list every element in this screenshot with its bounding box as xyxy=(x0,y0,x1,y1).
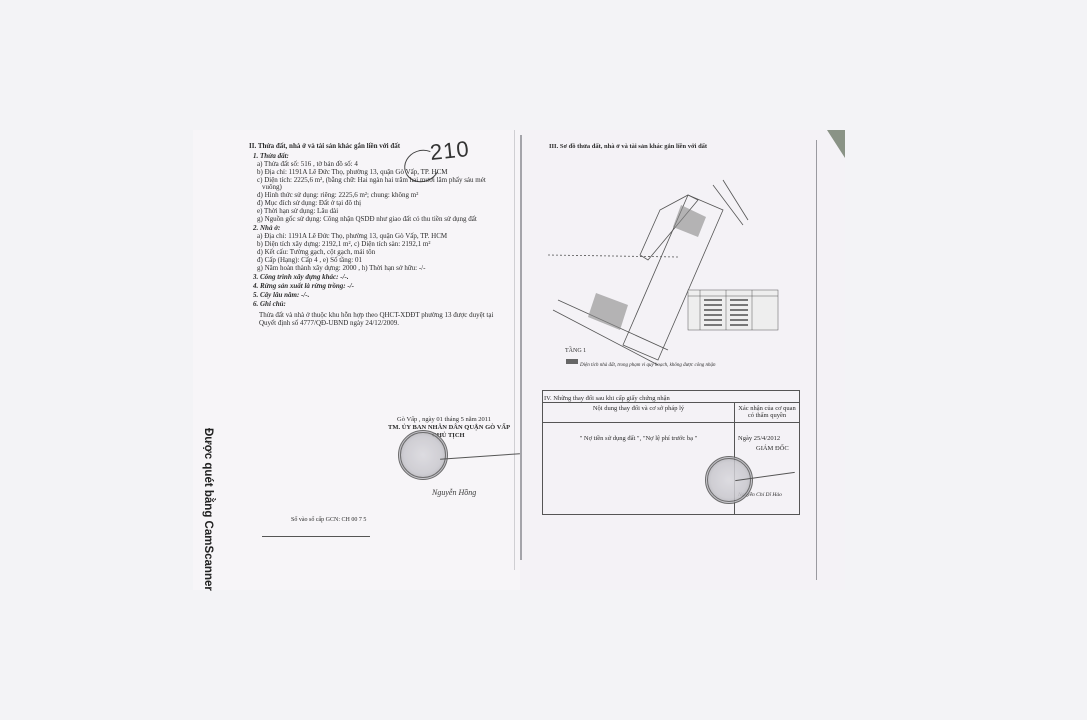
notes-line-2: Quyết định số 4777/QĐ-UBND ngày 24/12/20… xyxy=(259,319,399,328)
page-fold xyxy=(520,135,522,560)
house-year: g) Năm hoàn thành xây dựng: 2000 , h) Th… xyxy=(257,264,425,273)
diagram-legend: Diện tích nhà đất, trong phạm vi quy hoạ… xyxy=(580,361,715,370)
changes-table: Nội dung thay đổi và cơ sở pháp lý Xác n… xyxy=(542,390,800,515)
page-edge xyxy=(816,140,817,580)
change-title: GIÁM ĐỐC xyxy=(738,445,796,452)
section-ii-title: II. Thửa đất, nhà ở và tài sản khác gắn … xyxy=(249,142,400,151)
change-date: Ngày 25/4/2012 xyxy=(738,435,796,442)
page-fold-shadow xyxy=(514,130,515,570)
parcel-diagram xyxy=(548,165,798,375)
change-content: " Nợ tiền sử dụng đất ", "Nợ lệ phí trướ… xyxy=(543,423,735,515)
floor-label: TẦNG 1 xyxy=(565,347,586,356)
official-seal xyxy=(398,430,448,480)
handwritten-note: 210 xyxy=(429,136,471,166)
col-confirm-header: Xác nhận của cơ quan có thẩm quyền xyxy=(735,403,800,423)
col-content-header: Nội dung thay đổi và cơ sở pháp lý xyxy=(543,403,735,423)
land-area: c) Diện tích: 2225,6 m², (bằng chữ: Hai … xyxy=(257,176,486,185)
other-works: 3. Công trình xây dựng khác: -/-. xyxy=(253,273,349,282)
notes-heading: 6. Ghi chú: xyxy=(253,300,286,309)
department-seal xyxy=(705,456,753,504)
folded-corner xyxy=(827,130,845,158)
registry-underline xyxy=(262,536,370,537)
forest: 4. Rừng sản xuất là rừng trồng: -/- xyxy=(253,282,354,291)
signer-name: Nguyễn Hồng xyxy=(432,488,476,497)
watermark-text: Được quét bằng CamScanner xyxy=(202,428,214,591)
camscanner-watermark: Được quét bằng CamScanner xyxy=(214,428,215,429)
land-origin: g) Nguồn gốc sử dụng: Công nhận QSDĐ như… xyxy=(257,215,477,224)
registry-number: Số vào sổ cấp GCN: CH 00 7 5 xyxy=(291,516,366,525)
perennial: 5. Cây lâu năm: -/-. xyxy=(253,291,309,300)
section-iii-title: III. Sơ đồ thửa đất, nhà ở và tài sản kh… xyxy=(549,142,707,151)
